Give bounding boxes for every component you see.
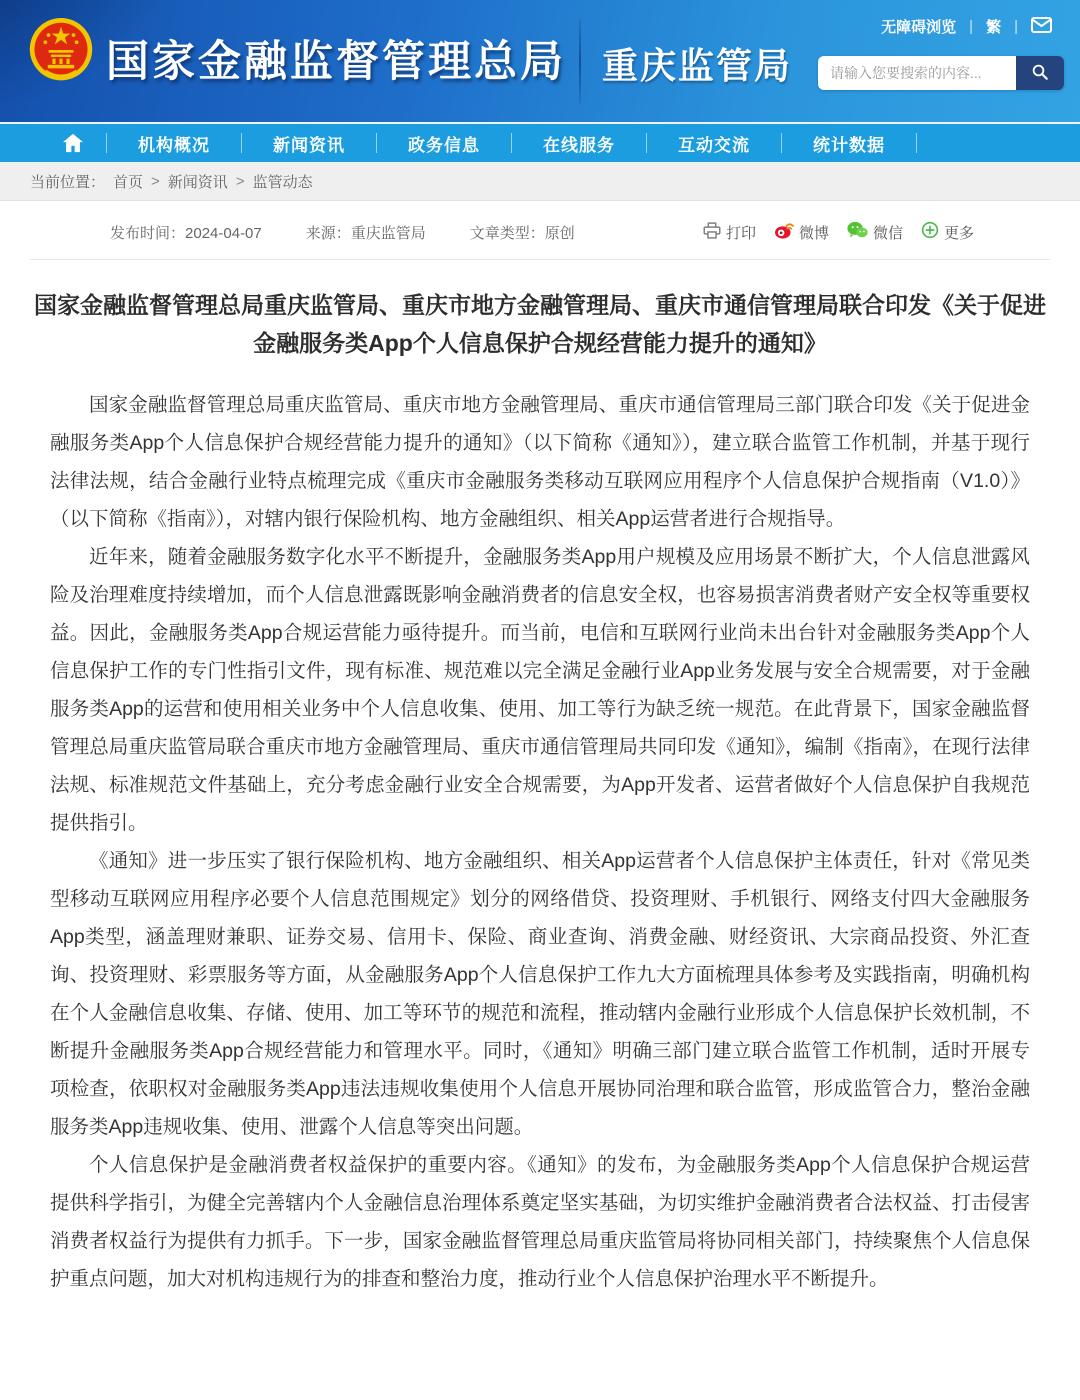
search-icon bbox=[1031, 63, 1049, 84]
utils-separator: | bbox=[1014, 18, 1018, 35]
nav-item-government-info[interactable]: 政务信息 bbox=[377, 131, 511, 156]
publish-date: 发布时间：2024-04-07 bbox=[110, 222, 262, 243]
more-label: 更多 bbox=[944, 222, 974, 243]
banner-divider bbox=[579, 20, 581, 104]
breadcrumb-separator: > bbox=[236, 173, 245, 190]
breadcrumb: 当前位置： 首页 > 新闻资讯 > 监管动态 bbox=[0, 162, 1080, 201]
accessibility-link[interactable]: 无障碍浏览 bbox=[881, 16, 956, 37]
article-paragraph: 《通知》进一步压实了银行保险机构、地方金融组织、相关App运营者个人信息保护主体… bbox=[50, 842, 1030, 1146]
article-paragraph: 国家金融监督管理总局重庆监管局、重庆市地方金融管理局、重庆市通信管理局三部门联合… bbox=[50, 386, 1030, 538]
search-button[interactable] bbox=[1016, 56, 1064, 90]
source-label: 来源： bbox=[306, 225, 351, 242]
nav-item-online-services[interactable]: 在线服务 bbox=[512, 131, 646, 156]
more-share-button[interactable]: 更多 bbox=[921, 221, 974, 243]
print-button[interactable]: 打印 bbox=[703, 222, 756, 243]
breadcrumb-label: 当前位置： bbox=[30, 171, 105, 192]
article-meta: 发布时间：2024-04-07 来源：重庆监管局 文章类型：原创 打印 bbox=[0, 221, 1080, 243]
weibo-share-button[interactable]: 微博 bbox=[774, 221, 829, 243]
national-emblem-icon bbox=[22, 11, 100, 89]
wechat-share-button[interactable]: 微信 bbox=[847, 221, 903, 243]
search-input[interactable] bbox=[818, 56, 1016, 90]
nav-item-interaction[interactable]: 互动交流 bbox=[647, 131, 781, 156]
publish-date-value: 2024-04-07 bbox=[185, 225, 262, 242]
print-label: 打印 bbox=[726, 222, 756, 243]
weibo-label: 微博 bbox=[799, 222, 829, 243]
header-utils: 无障碍浏览 | 繁 | bbox=[881, 16, 1052, 37]
breadcrumb-current[interactable]: 监管动态 bbox=[253, 171, 313, 192]
breadcrumb-news[interactable]: 新闻资讯 bbox=[168, 171, 228, 192]
printer-icon bbox=[703, 222, 721, 243]
wechat-icon bbox=[847, 221, 868, 243]
plus-circle-icon bbox=[921, 221, 939, 243]
article-paragraph: 近年来，随着金融服务数字化水平不断提升，金融服务类App用户规模及应用场景不断扩… bbox=[50, 538, 1030, 842]
utils-separator: | bbox=[969, 18, 973, 35]
article-meta-fields: 发布时间：2024-04-07 来源：重庆监管局 文章类型：原创 bbox=[110, 222, 575, 243]
weibo-icon bbox=[774, 221, 794, 243]
nav-item-organization[interactable]: 机构概况 bbox=[107, 131, 241, 156]
breadcrumb-separator: > bbox=[151, 173, 160, 190]
source-value: 重庆监管局 bbox=[351, 225, 426, 242]
mail-icon[interactable] bbox=[1031, 17, 1052, 37]
publish-date-label: 发布时间： bbox=[110, 225, 185, 242]
nav-item-statistics[interactable]: 统计数据 bbox=[782, 131, 916, 156]
site-title: 国家金融监督管理总局 bbox=[106, 28, 566, 89]
share-toolbar: 打印 微博 bbox=[703, 221, 974, 243]
site-search bbox=[818, 56, 1064, 90]
breadcrumb-home[interactable]: 首页 bbox=[113, 171, 143, 192]
article-paragraph: 个人信息保护是金融消费者权益保护的重要内容。《通知》的发布，为金融服务类App个… bbox=[50, 1146, 1030, 1298]
wechat-label: 微信 bbox=[873, 222, 903, 243]
main-nav: 机构概况 新闻资讯 政务信息 在线服务 互动交流 统计数据 bbox=[0, 122, 1080, 162]
article-container: 发布时间：2024-04-07 来源：重庆监管局 文章类型：原创 打印 bbox=[0, 221, 1080, 1328]
traditional-chinese-link[interactable]: 繁 bbox=[986, 16, 1001, 37]
meta-divider bbox=[30, 259, 1050, 260]
article-type: 文章类型：原创 bbox=[470, 222, 575, 243]
article-source: 来源：重庆监管局 bbox=[306, 222, 426, 243]
type-label: 文章类型： bbox=[470, 225, 545, 242]
site-banner: 国家金融监督管理总局 重庆监管局 无障碍浏览 | 繁 | bbox=[0, 0, 1080, 122]
bureau-subtitle: 重庆监管局 bbox=[602, 38, 792, 89]
article-title: 国家金融监督管理总局重庆监管局、重庆市地方金融管理局、重庆市通信管理局联合印发《… bbox=[0, 286, 1080, 362]
type-value: 原创 bbox=[545, 225, 575, 242]
nav-item-news[interactable]: 新闻资讯 bbox=[242, 131, 376, 156]
article-body: 国家金融监督管理总局重庆监管局、重庆市地方金融管理局、重庆市通信管理局三部门联合… bbox=[0, 386, 1080, 1328]
home-icon[interactable] bbox=[40, 133, 106, 153]
nav-separator bbox=[916, 133, 917, 153]
